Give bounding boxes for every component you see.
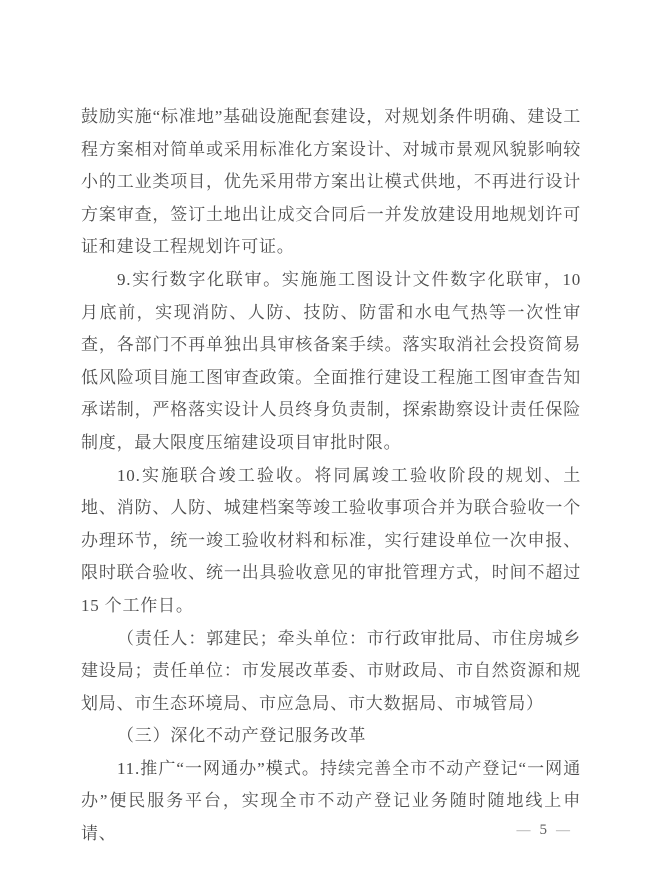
document-page: 鼓励实施“标准地”基础设施配套建设，对规划条件明确、建设工程方案相对简单或采用标… xyxy=(0,0,658,883)
document-body: 鼓励实施“标准地”基础设施配套建设，对规划条件明确、建设工程方案相对简单或采用标… xyxy=(81,101,581,851)
paragraph-item-11: 11.推广“一网通办”模式。持续完善全市不动产登记“一网通办”便民服务平台，实现… xyxy=(81,753,581,851)
paragraph-item-9: 9.实行数字化联审。实施施工图设计文件数字化联审，10 月底前，实现消防、人防、… xyxy=(81,264,581,460)
item-10-title: 10.实施联合竣工验收。 xyxy=(117,466,314,485)
paragraph-item-10: 10.实施联合竣工验收。将同属竣工验收阶段的规划、土地、消防、人防、城建档案等竣… xyxy=(81,460,581,623)
page-footer: — 5 — xyxy=(517,822,571,839)
item-9-title: 9.实行数字化联审。 xyxy=(117,270,282,289)
item-11-title: 11.推广“一网通办”模式。 xyxy=(117,759,320,778)
footer-dash-left: — xyxy=(517,823,531,839)
section-heading-3: （三）深化不动产登记服务改革 xyxy=(81,720,581,753)
responsibility-note: （责任人：郭建民；牵头单位：市行政审批局、市住房城乡建设局；责任单位：市发展改革… xyxy=(81,623,581,721)
paragraph-continuation: 鼓励实施“标准地”基础设施配套建设，对规划条件明确、建设工程方案相对简单或采用标… xyxy=(81,101,581,264)
page-number: 5 xyxy=(540,822,548,839)
item-9-body: 实施施工图设计文件数字化联审，10 月底前，实现消防、人防、技防、防雷和水电气热… xyxy=(81,270,581,452)
footer-dash-right: — xyxy=(556,823,570,839)
item-10-body: 将同属竣工验收阶段的规划、土地、消防、人防、城建档案等竣工验收事项合并为联合验收… xyxy=(81,466,581,615)
